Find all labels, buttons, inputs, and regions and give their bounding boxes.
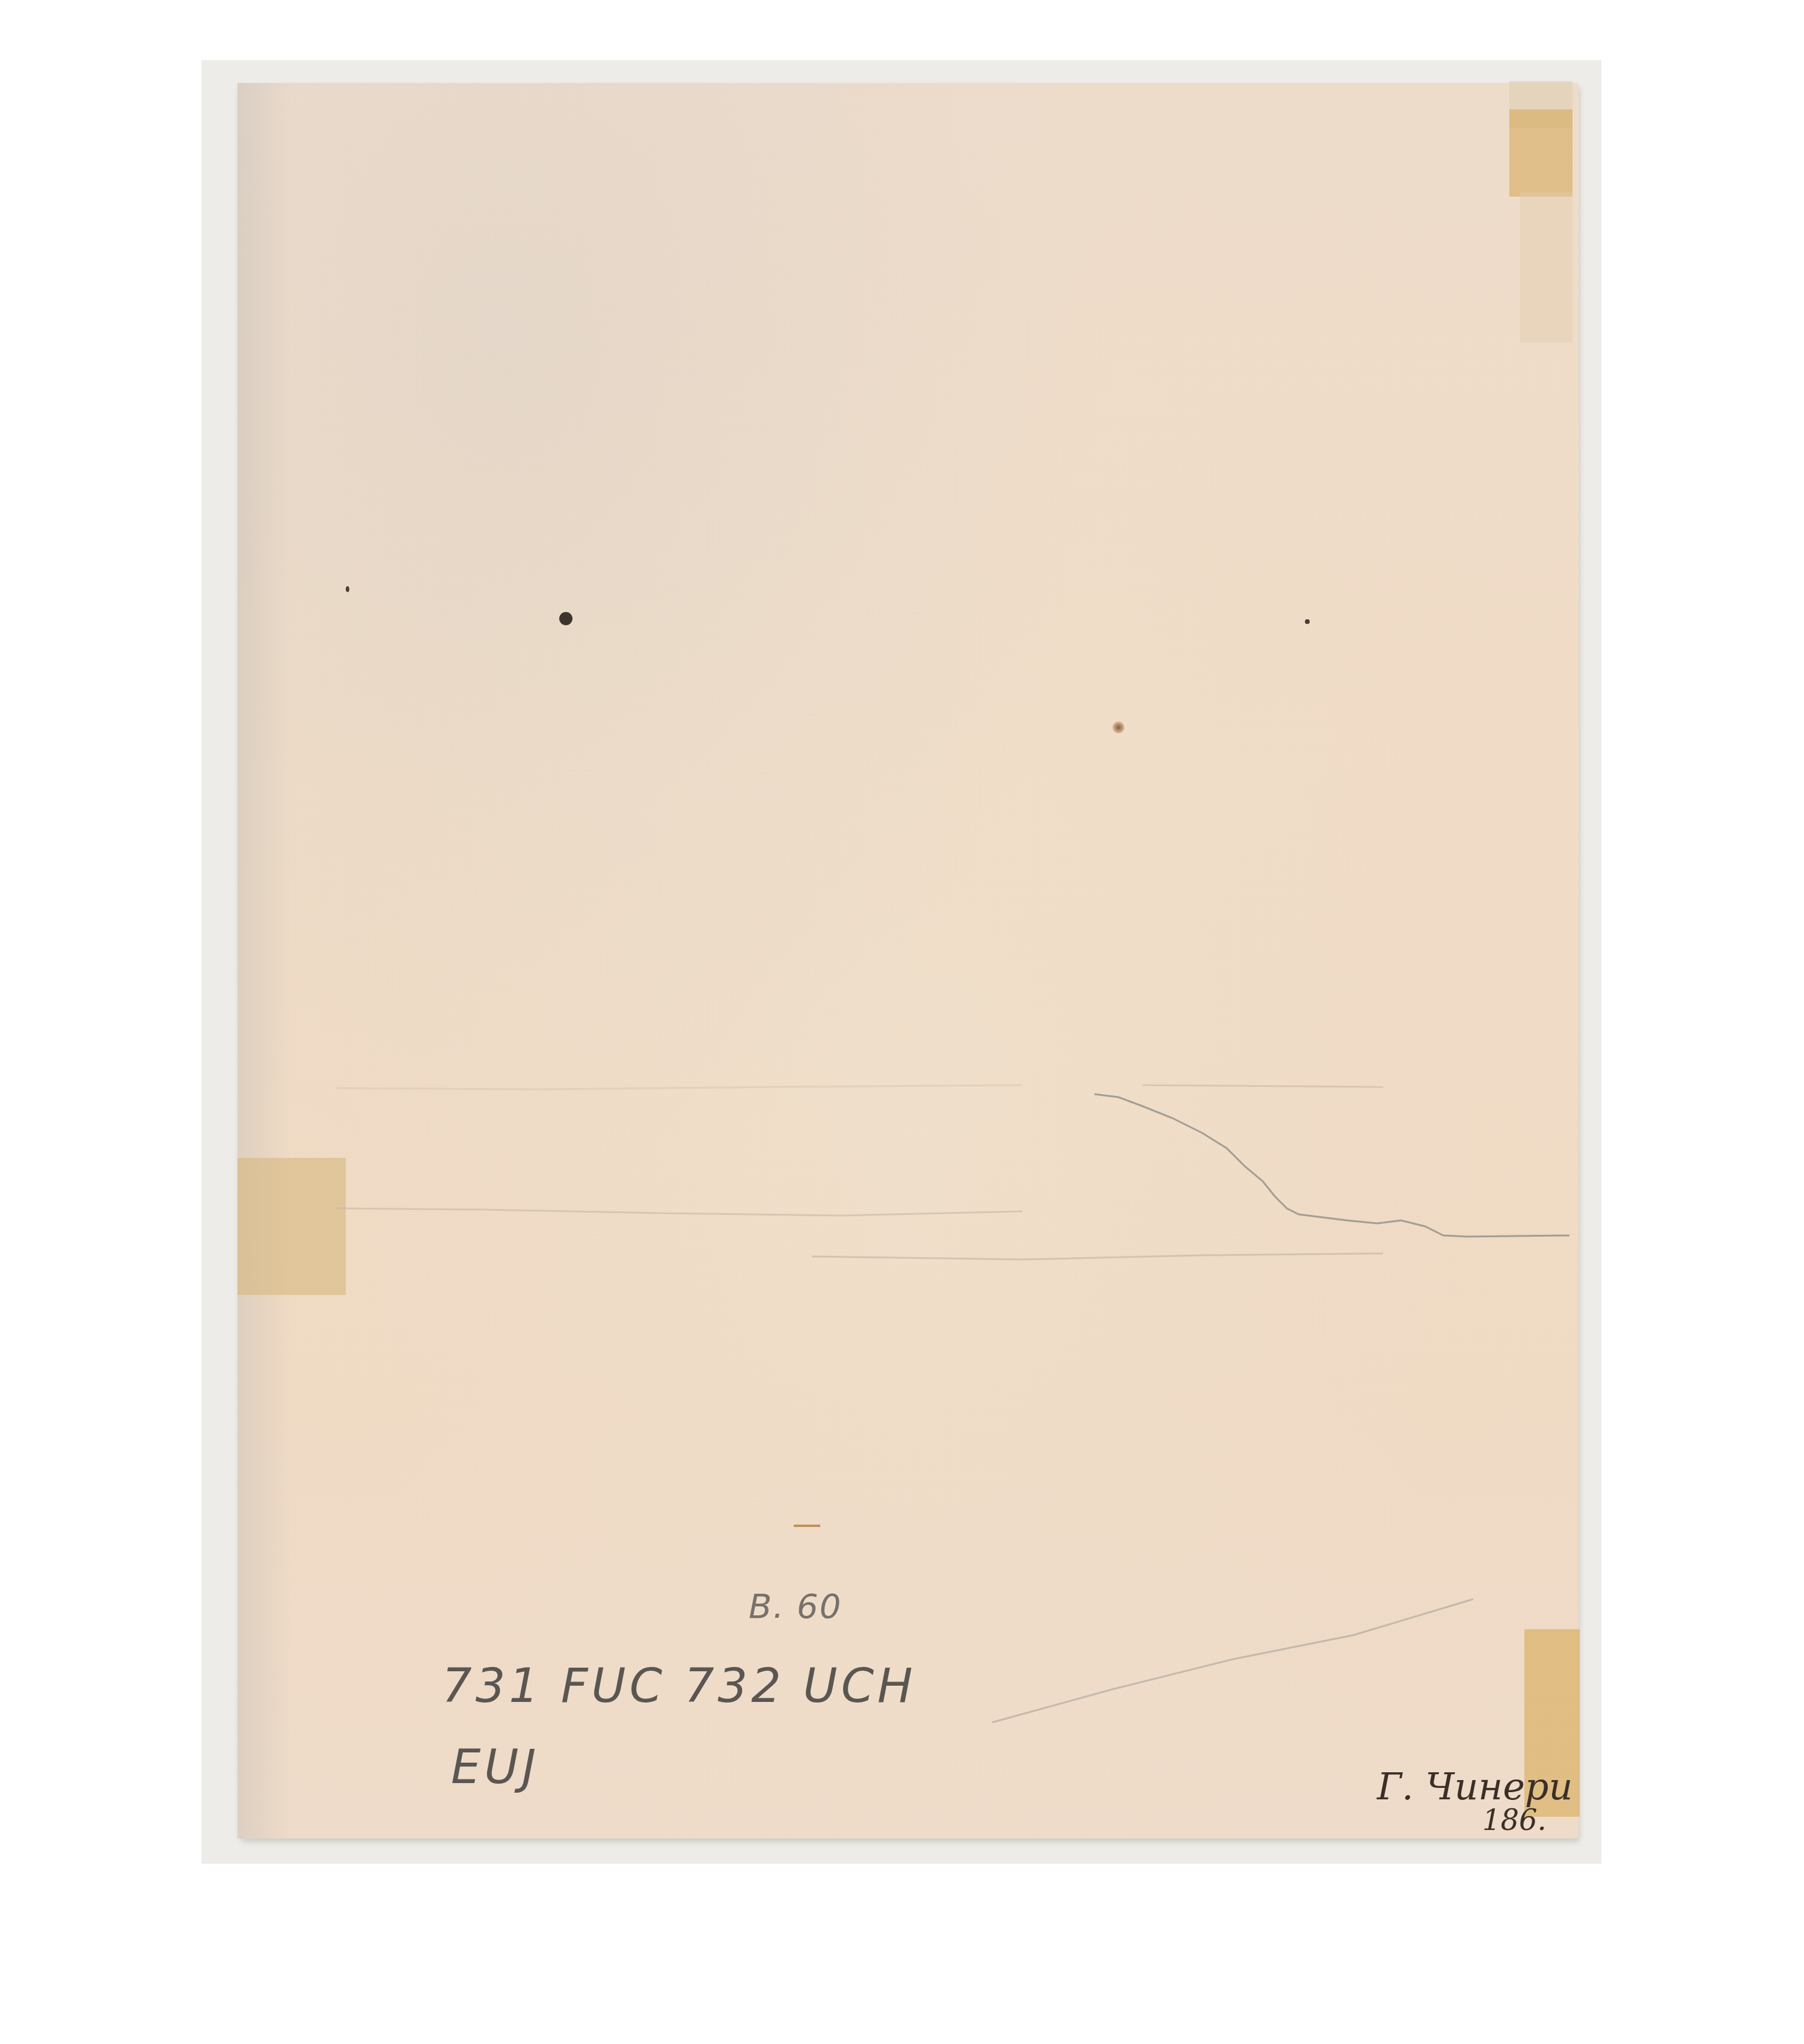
paper-edge-discoloration: [238, 83, 292, 1838]
pencil-reference-number: B. 60: [749, 1587, 842, 1626]
fiber-mark: [794, 1525, 820, 1527]
hinge-tape-top-right: [1509, 109, 1572, 197]
ink-signature: Г. Чинери: [1377, 1764, 1572, 1808]
signature-year: 186.: [1482, 1804, 1547, 1837]
pencil-inventory-codes: 731 FUC 732 UCH: [442, 1659, 916, 1713]
paper-sheet-verso: [238, 83, 1579, 1838]
hinge-tape-top-right-lower: [1520, 192, 1572, 343]
pencil-inventory-code: EUJ: [451, 1740, 539, 1795]
foxing-spot: [559, 612, 572, 625]
foxing-spot: [346, 586, 349, 592]
foxing-spot: [1112, 721, 1124, 733]
hinge-tape-left: [238, 1158, 346, 1295]
foxing-spot: [1305, 619, 1310, 624]
